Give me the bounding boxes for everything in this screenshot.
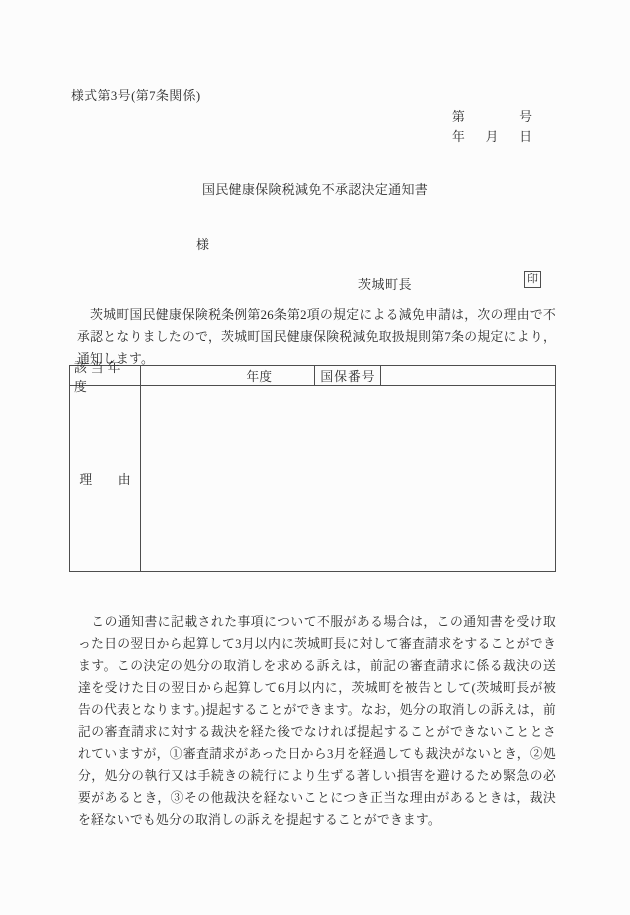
doc-number-suffix: 号 <box>519 106 532 125</box>
seal-placeholder-box: 印 <box>524 271 541 288</box>
addressee-honorific: 様 <box>196 234 209 253</box>
form-number-label: 様式第3号(第7条関係) <box>71 85 201 104</box>
table-header-reason: 理 由 <box>70 386 141 571</box>
table-header-insurance-number: 国保番号 <box>315 366 381 386</box>
date-month-label: 月 <box>486 126 499 145</box>
document-number-line: 第 号 <box>452 106 532 125</box>
doc-number-prefix: 第 <box>452 106 465 125</box>
document-page: 様式第3号(第7条関係) 第 号 年 月 日 国民健康保険税減免不承認決定通知書… <box>0 0 630 915</box>
date-year-label: 年 <box>452 126 465 145</box>
sender-name: 茨城町長 <box>358 274 412 293</box>
date-line: 年 月 日 <box>452 126 532 145</box>
seal-character: 印 <box>527 274 538 285</box>
table-cell-reason-value <box>141 386 555 571</box>
table-cell-year-suffix: 年度 <box>141 366 315 386</box>
appeal-rights-paragraph: この通知書に記載された事項について不服がある場合は，この通知書を受け取った日の翌… <box>78 611 556 831</box>
table-header-fiscal-year: 該当年度 <box>70 366 141 386</box>
table-cell-insurance-number-value <box>381 366 555 386</box>
notification-paragraph: 茨城町国民健康保険税条例第26条第2項の規定による減免申請は，次の理由で不承認と… <box>77 304 556 370</box>
decision-table: 該当年度 年度 国保番号 理 由 <box>69 365 556 572</box>
date-day-label: 日 <box>519 126 532 145</box>
document-title: 国民健康保険税減免不承認決定通知書 <box>0 179 630 198</box>
